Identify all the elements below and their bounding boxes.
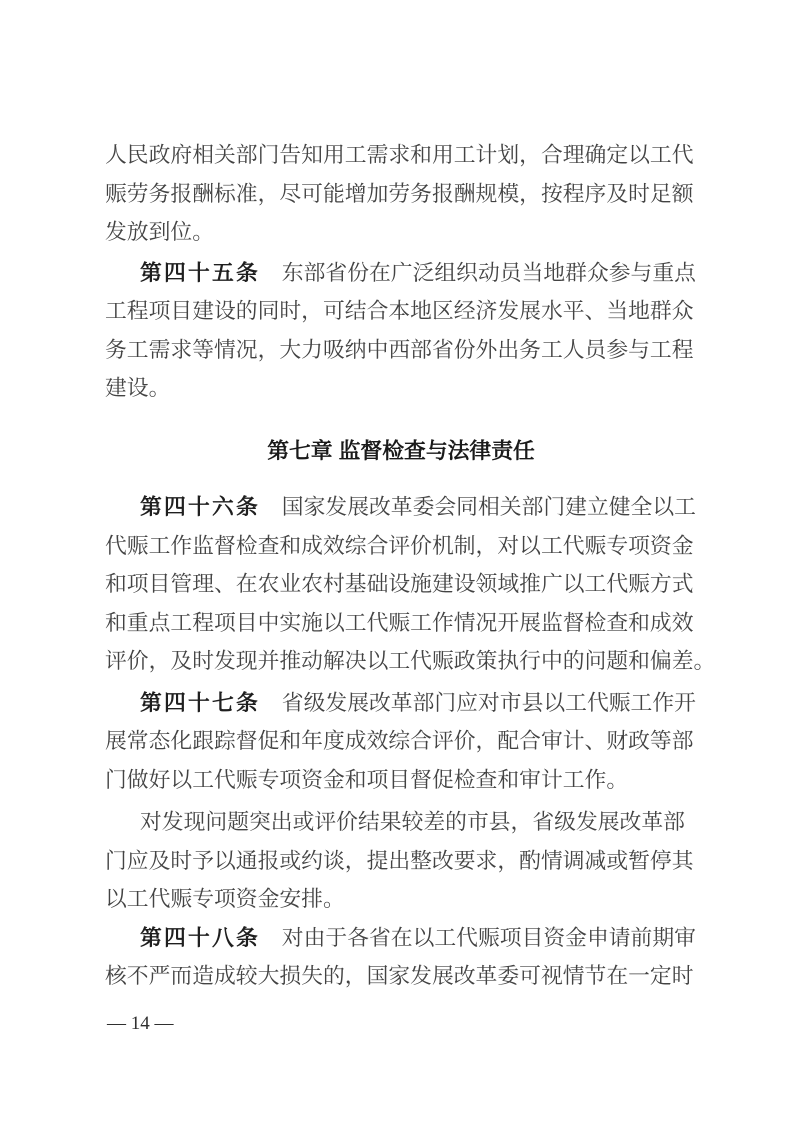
paragraph-continuation: 人民政府相关部门告知用工需求和用工计划，合理确定以工代 赈劳务报酬标准，尽可能增… [105,136,697,252]
page-number: — 14 — [107,1013,697,1034]
paragraph-discipline: 对发现问题突出或评价结果较差的市县，省级发展改革部 门应及时予以通报或约谈，提出… [105,803,697,919]
chapter-7-heading: 第七章 监督检查与法律责任 [105,432,697,471]
article-47-paragraph: 第四十七条 省级发展改革部门应对市县以工代赈工作开 展常态化跟踪督促和年度成效综… [105,684,697,800]
document-page: 人民政府相关部门告知用工需求和用工计划，合理确定以工代 赈劳务报酬标准，尽可能增… [0,0,794,1123]
article-45-paragraph: 第四十五条 东部省份在广泛组织动员当地群众参与重点 工程项目建设的同时，可结合本… [105,254,697,408]
article-47-number: 第四十七条 [140,690,260,715]
article-46-text: 国家发展改革委会同相关部门建立健全以工 代赈工作监督检查和成效综合评价机制，对以… [105,495,715,673]
article-45-number: 第四十五条 [140,260,260,285]
document-body: 人民政府相关部门告知用工需求和用工计划，合理确定以工代 赈劳务报酬标准，尽可能增… [105,136,697,1034]
article-46-paragraph: 第四十六条 国家发展改革委会同相关部门建立健全以工 代赈工作监督检查和成效综合评… [105,488,697,681]
article-48-number: 第四十八条 [140,925,260,950]
article-48-paragraph: 第四十八条 对由于各省在以工代赈项目资金申请前期审 核不严而造成较大损失的，国家… [105,919,697,996]
article-46-number: 第四十六条 [140,494,260,519]
